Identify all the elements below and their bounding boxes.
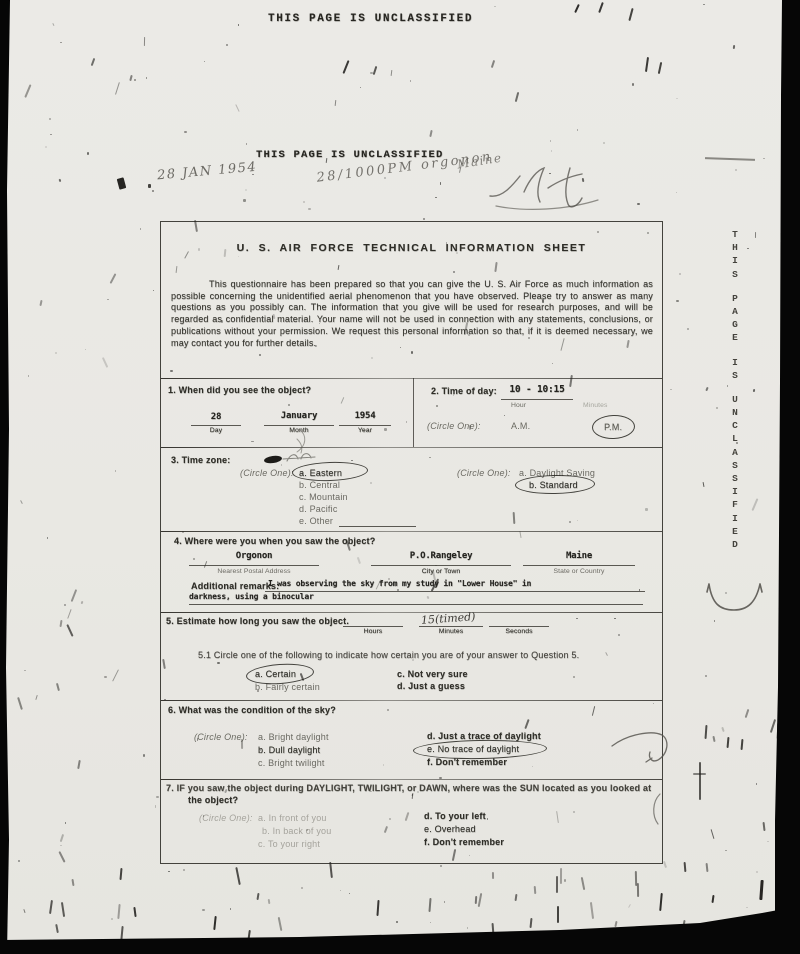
ink-speck <box>39 300 42 306</box>
ink-speck <box>423 218 425 220</box>
ink-speck <box>144 37 145 46</box>
ink-speck <box>745 709 750 718</box>
ink-speck <box>153 290 154 291</box>
q5-seconds-line <box>489 626 549 627</box>
ink-speck <box>25 85 32 98</box>
q5-label: 5. Estimate how long you saw the object. <box>166 616 349 626</box>
q6-option-dull-daylight: b. Dull daylight <box>258 745 320 755</box>
q2-circle-prompt: (Circle One): <box>427 421 481 431</box>
ink-speck <box>746 907 748 908</box>
ink-speck <box>683 862 686 872</box>
ink-speck <box>117 903 120 918</box>
ink-speck <box>71 879 74 886</box>
ink-speck <box>676 300 678 302</box>
ink-speck <box>767 841 769 842</box>
q2-time-value: 10 - 10:15 <box>501 384 573 395</box>
ink-speck <box>204 61 205 62</box>
ink-speck <box>245 189 247 191</box>
scanned-document-page: THIS PAGE IS UNCLASSIFIED THIS PAGE IS U… <box>0 0 800 954</box>
ink-speck <box>109 273 116 284</box>
ink-speck <box>71 589 77 601</box>
q7-circle-prompt: (Circle One): <box>199 813 253 823</box>
q7-option-dont-remember: f. Don't remember <box>424 837 504 847</box>
ink-speck <box>277 917 281 931</box>
ink-speck <box>115 82 120 94</box>
ink-speck <box>467 927 469 929</box>
ink-speck <box>60 845 62 846</box>
divider <box>161 612 662 613</box>
ink-speck <box>308 208 310 210</box>
ink-speck <box>693 773 706 775</box>
ink-speck <box>235 867 241 885</box>
classification-letter: H <box>729 241 741 254</box>
q1-day-label: Day <box>191 427 241 434</box>
divider <box>161 779 662 780</box>
ink-speck <box>676 192 677 193</box>
ink-speck <box>140 228 142 230</box>
q2-pm-circle-mark <box>592 414 636 439</box>
ink-speck <box>663 861 667 868</box>
q6-circle-prompt: (Circle One): <box>194 732 248 742</box>
ink-speck <box>119 868 122 880</box>
ink-speck <box>155 805 156 807</box>
ink-speck <box>514 894 517 901</box>
ink-speck <box>628 904 631 908</box>
q6-label: 6. What was the condition of the sky? <box>168 705 336 715</box>
classification-letter: C <box>729 419 741 432</box>
ink-speck <box>376 900 379 916</box>
q4-address-line <box>189 565 319 566</box>
q4-remarks-line2: darkness, using a binocular <box>189 592 314 601</box>
q4-remarks-uline1 <box>265 591 645 592</box>
ink-speck <box>67 609 72 618</box>
ink-speck <box>721 727 724 732</box>
ink-speck <box>85 349 86 350</box>
form-title: U. S. AIR FORCE TECHNICAL INFORMATION SH… <box>161 242 662 254</box>
ink-speck <box>143 754 145 756</box>
ink-curve-q6 <box>608 722 680 774</box>
q4-city-value: P.O.Rangeley <box>371 551 511 561</box>
q5-1-option-just-a-guess: d. Just a guess <box>397 681 465 691</box>
ink-speck <box>129 75 132 81</box>
q2-time-line <box>501 399 573 400</box>
q2-hour-label: Hour <box>511 402 526 409</box>
ink-speck <box>235 105 240 113</box>
ink-speck <box>134 79 135 81</box>
ink-speck <box>370 72 372 74</box>
ink-speck <box>115 470 116 472</box>
ink-speck <box>102 357 108 367</box>
ink-speck <box>55 683 59 692</box>
classification-letter: I <box>729 356 741 369</box>
classification-letter: F <box>729 498 741 511</box>
ink-speck <box>703 482 705 487</box>
classification-letter: I <box>729 512 741 525</box>
classification-letter: E <box>729 525 741 538</box>
ink-speck <box>763 158 765 159</box>
classification-letter <box>729 281 741 292</box>
q7-option-to-right: c. To your right <box>258 839 320 849</box>
ink-speck <box>50 134 52 136</box>
classification-letter <box>729 382 741 393</box>
q7-option-to-left: d. To your left <box>424 811 486 821</box>
q5-hours-label: Hours <box>343 628 403 635</box>
ink-speck <box>556 876 558 893</box>
classification-letter: S <box>729 268 741 281</box>
ink-paren-mark <box>648 792 664 826</box>
ink-speck <box>303 201 305 202</box>
ink-speck <box>699 762 701 800</box>
ink-speck <box>243 199 245 201</box>
ink-speck <box>24 670 26 671</box>
ink-speck <box>64 604 66 606</box>
ink-speck <box>759 880 763 900</box>
ink-speck <box>49 118 51 120</box>
ink-speck <box>58 178 61 182</box>
q4-remarks-uline2 <box>189 604 643 605</box>
q3-option-mountain: c. Mountain <box>299 492 348 502</box>
ink-speck <box>410 80 411 82</box>
ink-speck <box>87 152 88 154</box>
ink-speck <box>614 921 617 927</box>
classification-letter: A <box>729 446 741 459</box>
ink-speck <box>49 900 53 914</box>
ink-speck <box>444 901 445 903</box>
ink-speck <box>257 893 260 900</box>
classification-letter: P <box>729 292 741 305</box>
ink-speck <box>560 868 563 884</box>
ink-speck <box>492 872 494 879</box>
ink-speck <box>756 871 758 873</box>
ink-speck <box>705 387 708 391</box>
ink-speck <box>712 895 716 903</box>
ink-speck <box>168 871 170 872</box>
ink-speck <box>238 24 239 26</box>
form-intro: This questionnaire has been prepared so … <box>171 279 653 349</box>
ink-speck <box>564 879 566 881</box>
ink-speck <box>226 44 228 45</box>
ink-speck <box>60 42 62 43</box>
divider <box>161 378 662 379</box>
ink-speck <box>732 45 734 49</box>
divider <box>161 531 662 532</box>
q3-circle-prompt: (Circle One): <box>240 468 294 478</box>
ink-speck <box>148 184 151 188</box>
ink-speck <box>329 862 332 878</box>
ink-speck <box>752 389 754 392</box>
q2-option-am: A.M. <box>511 421 530 431</box>
q7-label-line2: the object? <box>188 795 238 805</box>
ink-speck <box>429 130 432 137</box>
ink-speck <box>735 169 737 171</box>
q4-city-line <box>371 565 511 566</box>
q4-remarks-label: Additional remarks: <box>191 581 279 591</box>
technical-information-form: U. S. AIR FORCE TECHNICAL INFORMATION SH… <box>160 221 663 864</box>
ink-speck <box>645 57 649 72</box>
classification-letter: N <box>729 406 741 419</box>
q1-month-value: January <box>264 411 334 421</box>
classification-letter: D <box>729 538 741 551</box>
ink-speck <box>134 906 137 916</box>
q4-label: 4. Where were you when you saw the objec… <box>174 536 375 546</box>
classification-banner-side: THISPAGEISUNCLASSIFIED <box>729 228 741 551</box>
ink-speck <box>574 4 580 13</box>
divider <box>161 447 662 448</box>
ink-blob <box>264 455 283 464</box>
ink-speck <box>18 860 20 862</box>
ink-speck <box>710 829 714 839</box>
ink-speck <box>741 739 744 750</box>
ink-speck <box>679 273 681 275</box>
ink-speck <box>91 58 96 66</box>
ink-speck <box>716 407 718 409</box>
ink-speck <box>340 890 341 891</box>
handwritten-signature-scrawl <box>486 162 616 212</box>
ink-speck <box>725 850 727 851</box>
q3-option-other: e. Other <box>299 516 333 526</box>
divider-q1-q2 <box>413 378 414 447</box>
ink-speck <box>603 142 605 144</box>
q6-no-trace-circle-mark <box>413 739 547 760</box>
ink-speck <box>373 66 378 75</box>
classification-letter: E <box>729 331 741 344</box>
ink-speck <box>551 150 552 152</box>
q3-option-central: b. Central <box>299 480 340 490</box>
q1-day-value: 28 <box>191 412 241 422</box>
classification-letter: I <box>729 485 741 498</box>
q5-minutes-value: 15(timed) <box>421 610 476 627</box>
ink-speck <box>156 796 158 798</box>
q5-1-label: 5.1 Circle one of the following to indic… <box>198 650 579 660</box>
ink-speck <box>24 908 27 913</box>
q4-address-label: Nearest Postal Address <box>189 568 319 575</box>
q7-option-in-back: b. In back of you <box>262 826 331 836</box>
q4-state-value: Maine <box>523 551 635 561</box>
q5-minutes-label: Minutes <box>419 628 483 635</box>
ink-speck <box>440 182 441 184</box>
ink-speck <box>637 203 639 205</box>
ink-speck <box>770 719 776 733</box>
ink-speck <box>659 893 663 911</box>
q4-address-value: Orgonon <box>189 551 319 561</box>
ink-speck <box>59 833 63 841</box>
ink-speck <box>478 893 482 907</box>
ink-speck <box>755 232 756 238</box>
ink-speck <box>47 537 49 539</box>
q1-day-line <box>191 425 241 426</box>
q3-option-pacific: d. Pacific <box>299 504 338 514</box>
q1-year-value: 1954 <box>339 411 391 421</box>
ink-speck <box>335 100 337 106</box>
q4-remarks-line1: I was observing the sky from my study in… <box>268 579 531 588</box>
ink-speck <box>727 737 730 748</box>
ink-speck <box>146 77 147 78</box>
ink-speck <box>705 675 707 676</box>
q5-seconds-label: Seconds <box>489 628 549 635</box>
ink-speck <box>637 882 639 896</box>
classification-letter: L <box>729 432 741 445</box>
ink-speck <box>61 902 65 917</box>
divider <box>161 700 662 701</box>
q3-circle-prompt-2: (Circle One): <box>457 468 511 478</box>
q1-month-line <box>264 425 334 426</box>
ink-speck <box>55 924 59 933</box>
ink-speck <box>396 921 398 923</box>
ink-speck <box>494 6 496 8</box>
ink-speck <box>80 601 83 605</box>
ink-speck <box>120 926 124 940</box>
q1-year-label: Year <box>339 427 391 434</box>
ink-speck <box>491 60 495 68</box>
ink-speck <box>17 697 23 710</box>
ink-speck <box>590 902 594 919</box>
ink-speck <box>112 669 119 681</box>
ink-speck <box>475 896 478 904</box>
ink-speck <box>632 83 634 85</box>
ink-speck <box>391 70 393 76</box>
ink-speck <box>557 906 559 923</box>
ink-speck <box>59 851 66 862</box>
ink-speck <box>77 760 81 769</box>
ink-speck <box>676 98 678 99</box>
classification-letter: T <box>729 228 741 241</box>
ink-speck <box>230 908 231 910</box>
ink-speck <box>111 918 113 920</box>
q2-minutes-label: Minutes <box>583 402 608 409</box>
q5-minutes-line <box>419 626 483 627</box>
ink-speck <box>268 899 270 904</box>
classification-letter: G <box>729 318 741 331</box>
ink-speck <box>714 620 715 622</box>
ink-speck <box>705 725 708 739</box>
classification-letter: A <box>729 305 741 318</box>
ink-speck <box>429 898 433 912</box>
q5-1-option-not-very-sure: c. Not very sure <box>397 669 468 679</box>
q6-option-bright-twilight: c. Bright twilight <box>258 758 325 768</box>
classification-letter <box>729 345 741 356</box>
ink-speck <box>581 877 586 890</box>
ink-speck <box>183 869 185 871</box>
classification-letter: U <box>729 393 741 406</box>
classification-letter: I <box>729 254 741 267</box>
ink-speck <box>577 129 578 130</box>
q3-other-line <box>339 526 416 527</box>
q1-label: 1. When did you see the object? <box>168 385 311 395</box>
ink-hook-sidebar <box>706 580 764 618</box>
ink-speck <box>107 299 109 300</box>
ink-speck <box>66 625 73 638</box>
ink-speck <box>435 197 437 198</box>
ink-speck <box>598 2 604 13</box>
ink-speck <box>727 385 728 387</box>
q7-option-in-front: a. In front of you <box>258 813 327 823</box>
ink-speck <box>658 62 662 74</box>
ink-speck <box>246 143 247 145</box>
classification-banner-top: THIS PAGE IS UNCLASSIFIED <box>268 13 473 25</box>
q7-option-overhead: e. Overhead <box>424 824 476 834</box>
ink-speck <box>52 23 54 27</box>
ink-speck <box>59 620 62 627</box>
ink-speck <box>515 92 520 102</box>
ink-speck <box>430 922 431 923</box>
q1-year-line <box>339 425 391 426</box>
q3-label: 3. Time zone: <box>171 455 230 465</box>
ink-speck <box>184 131 186 133</box>
ink-speck <box>104 676 106 678</box>
ink-speck <box>706 863 709 872</box>
ink-speck <box>202 909 204 910</box>
q7-label-line1: 7. IF you saw the object during DAYLIGHT… <box>166 783 651 793</box>
ink-speck <box>28 375 30 377</box>
ink-speck <box>751 499 757 511</box>
ink-speck <box>36 695 39 700</box>
q4-state-label: State or Country <box>523 568 635 575</box>
ink-speck <box>628 8 633 21</box>
q2-label: 2. Time of day: <box>431 386 497 396</box>
ink-speck <box>360 87 361 88</box>
ink-speck <box>301 887 303 889</box>
ink-speck <box>45 146 47 148</box>
ink-speck <box>703 4 705 5</box>
q6-option-bright-daylight: a. Bright daylight <box>258 732 329 742</box>
ink-speck <box>349 893 350 894</box>
classification-letter: S <box>729 459 741 472</box>
ink-speck <box>670 389 672 390</box>
ink-speck <box>55 352 57 354</box>
ink-speck <box>342 60 349 74</box>
q3-standard-circle-mark <box>515 474 595 494</box>
ink-speck <box>213 916 216 930</box>
ink-speck <box>756 783 757 785</box>
ink-speck <box>152 190 154 192</box>
ink-speck <box>440 865 442 867</box>
ink-speck <box>763 822 766 831</box>
classification-letter: S <box>729 369 741 382</box>
ink-speck <box>529 918 532 928</box>
q4-state-line <box>523 565 635 566</box>
ink-speck <box>65 822 67 823</box>
ink-speck <box>550 140 551 141</box>
ink-speck <box>687 328 689 329</box>
ink-speck <box>635 871 637 886</box>
q4-city-label: City or Town <box>371 568 511 575</box>
q5-hours-line <box>343 626 403 627</box>
ink-speck <box>747 248 749 249</box>
ink-speck <box>533 886 536 894</box>
ink-speck <box>21 500 24 504</box>
ink-speck <box>712 736 715 742</box>
classification-letter: S <box>729 472 741 485</box>
ink-speck <box>117 177 127 189</box>
